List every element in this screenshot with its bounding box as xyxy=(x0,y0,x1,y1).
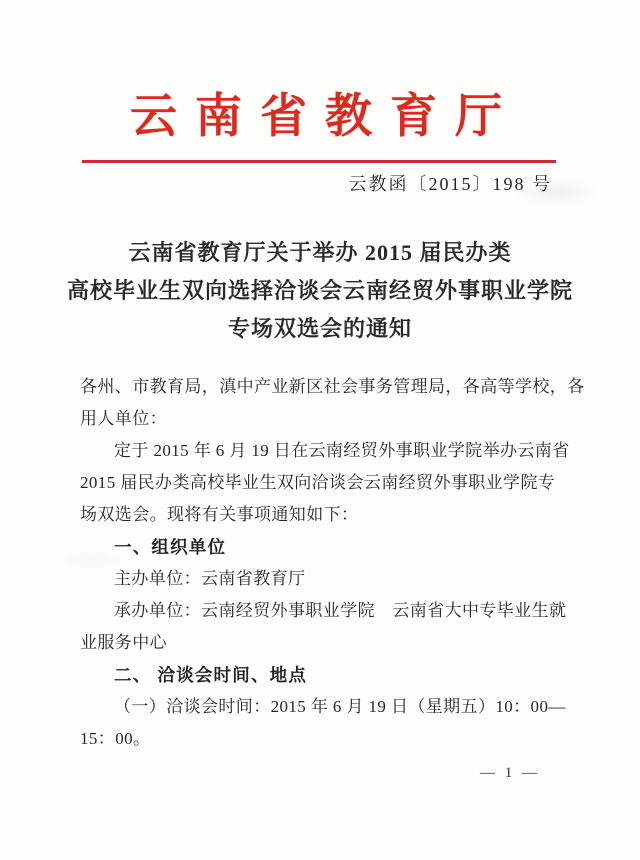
notice-title-line-1: 云南省教育厅关于举办 2015 届民办类 xyxy=(40,234,600,272)
notice-title-line-2: 高校毕业生双向选择洽谈会云南经贸外事职业学院 xyxy=(40,272,600,310)
body-line: 2015 届民办类高校毕业生双向洽谈会云南经贸外事职业学院专 xyxy=(80,467,562,499)
letterhead-title: 云南省教育厅 xyxy=(0,84,640,150)
body-line: 主办单位：云南省教育厅 xyxy=(80,563,562,595)
section-heading-1: 一、组织单位 xyxy=(80,531,562,563)
body-line: 15：00。 xyxy=(80,723,562,755)
page-number: — 1 — xyxy=(480,762,540,784)
body-text: 各州、市教育局，滇中产业新区社会事务管理局，各高等学校，各 用人单位： 定于 2… xyxy=(80,371,562,755)
notice-title-line-3: 专场双选会的通知 xyxy=(40,310,600,348)
body-line: 场双选会。现将有关事项通知如下： xyxy=(80,499,562,531)
body-line: 承办单位：云南经贸外事职业学院 云南省大中专毕业生就 xyxy=(80,595,562,627)
document-number: 云教函〔2015〕198 号 xyxy=(349,171,553,197)
notice-title: 云南省教育厅关于举办 2015 届民办类 高校毕业生双向选择洽谈会云南经贸外事职… xyxy=(40,234,600,348)
body-line: 业服务中心 xyxy=(80,627,562,659)
letterhead-divider xyxy=(82,160,556,163)
section-heading-2: 二、 洽谈会时间、地点 xyxy=(80,659,562,691)
salutation-line: 用人单位： xyxy=(80,403,562,435)
document-page: 云南省教育厅 云教函〔2015〕198 号 云南省教育厅关于举办 2015 届民… xyxy=(0,0,640,860)
salutation-line: 各州、市教育局，滇中产业新区社会事务管理局，各高等学校，各 xyxy=(80,371,562,403)
body-line: （一）洽谈会时间：2015 年 6 月 19 日（星期五）10：00— xyxy=(80,691,562,723)
body-line: 定于 2015 年 6 月 19 日在云南经贸外事职业学院举办云南省 xyxy=(80,435,562,467)
